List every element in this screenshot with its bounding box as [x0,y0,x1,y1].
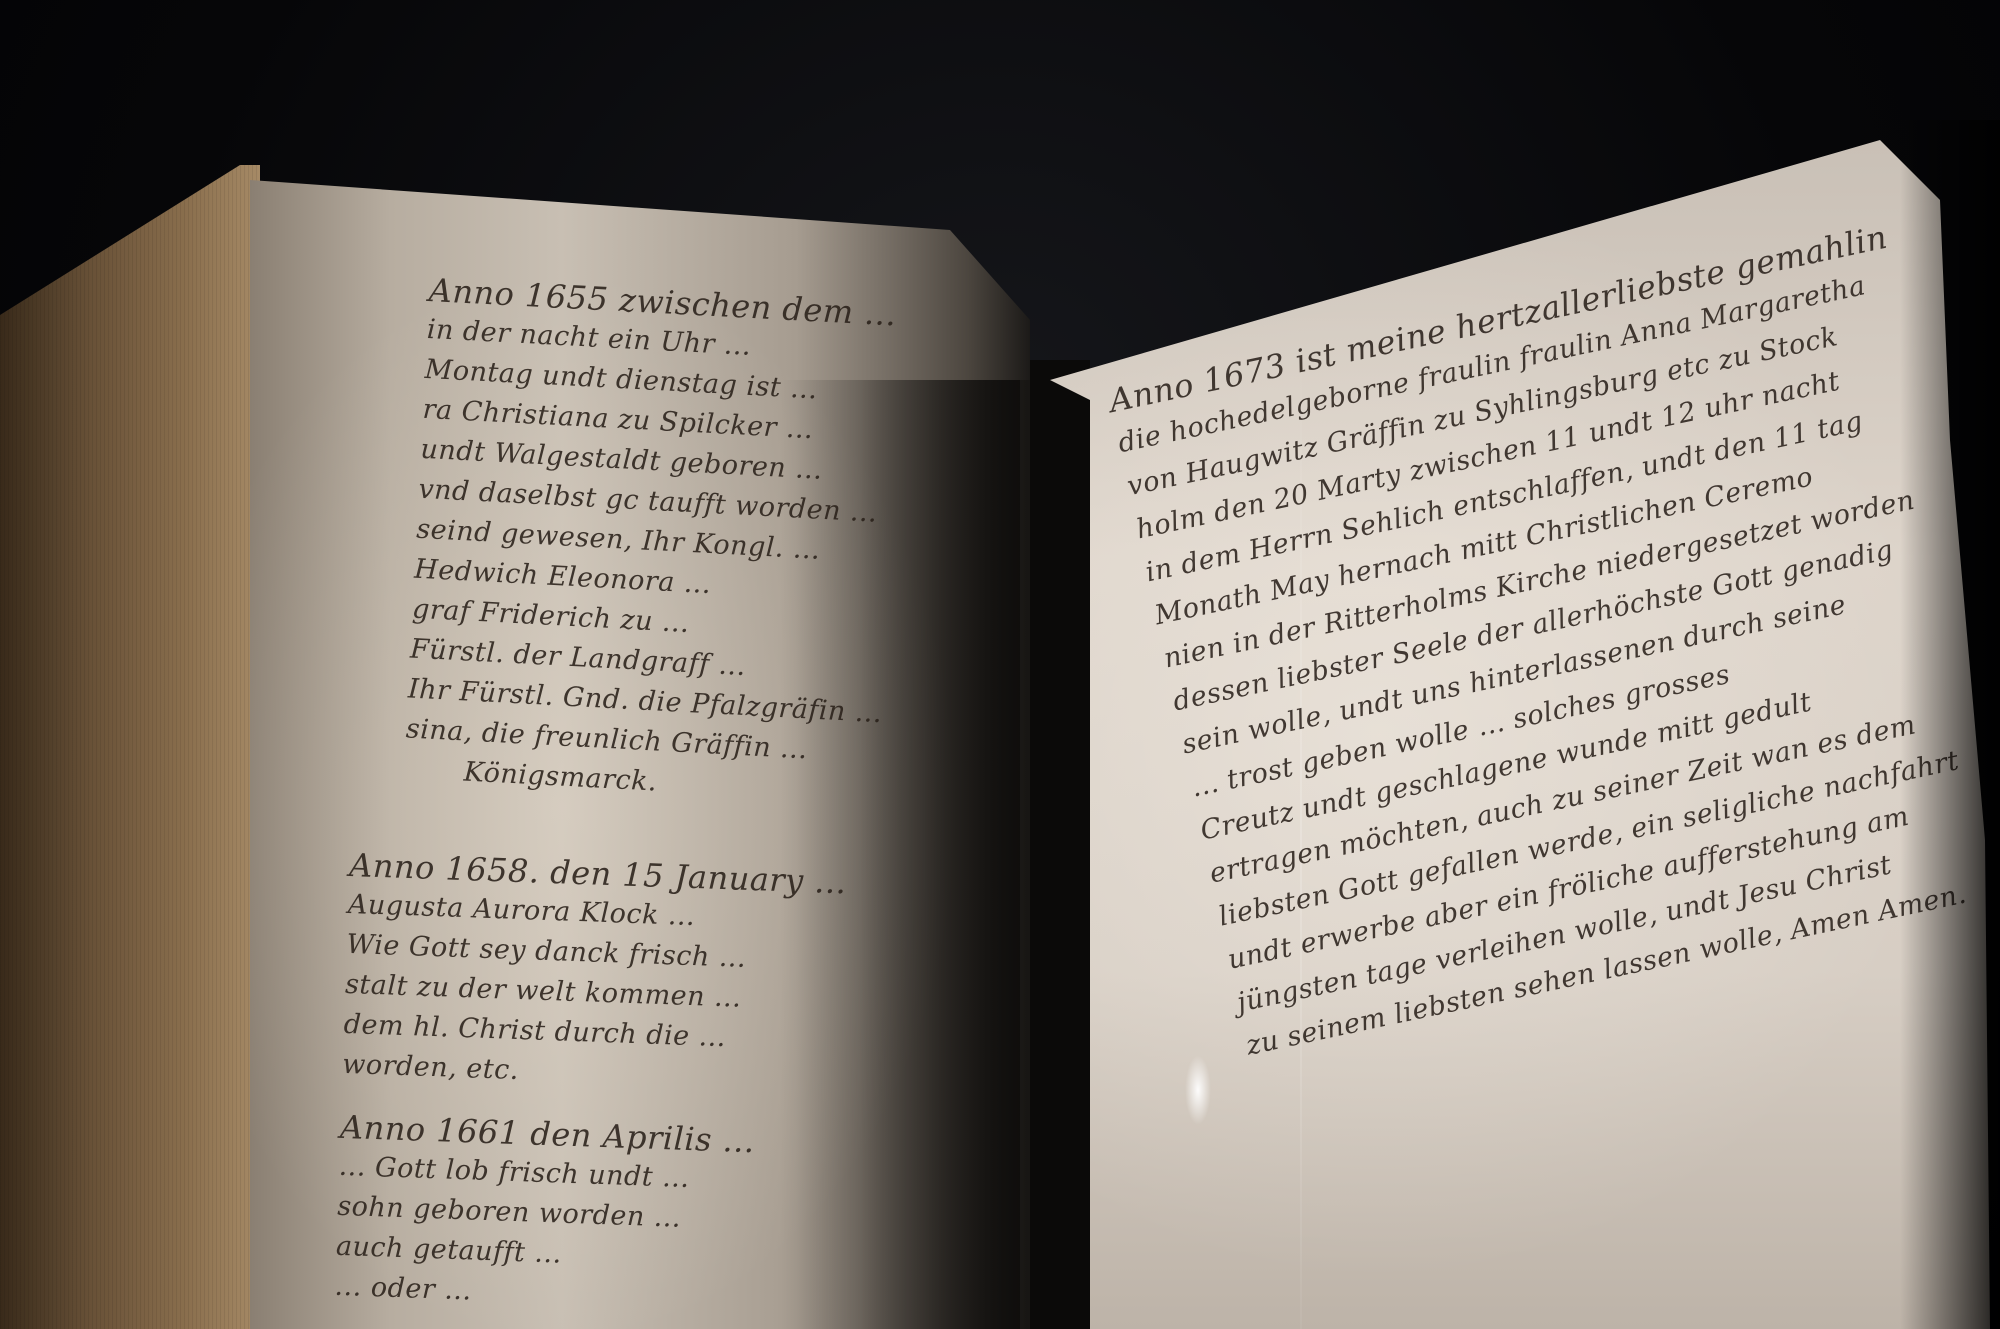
book-gutter [1030,360,1090,1329]
book-photo: Anno 1655 zwischen dem ... in der nacht … [0,0,2000,1329]
left-page-entry-1655: Anno 1655 zwischen dem ... in der nacht … [403,270,904,814]
left-page-fold-shadow [860,380,1030,1329]
light-glare [1185,1055,1211,1125]
book-page-block-edge [0,165,260,1329]
right-edge-shadow [1900,120,2000,1329]
left-page-entries-1658-1661: Anno 1658. den 15 January ... Augusta Au… [334,845,847,1324]
